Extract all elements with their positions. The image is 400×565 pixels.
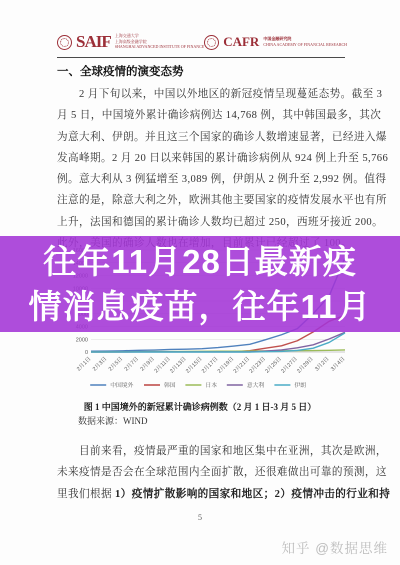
paragraph-outlook: 目前来看，疫情最严重的国家和地区集中在亚洲，其次是欧洲， 未来疫情是否会在全球范… bbox=[57, 441, 349, 505]
svg-text:2月25日: 2月25日 bbox=[263, 355, 283, 375]
saif-sub-text: 上海交通大学 上海高级金融学院 SHANGHAI ADVANCED INSTIT… bbox=[115, 34, 204, 50]
svg-text:日本: 日本 bbox=[205, 381, 217, 389]
section-heading: 一、全球疫情的演变态势 bbox=[57, 63, 184, 79]
svg-text:2000: 2000 bbox=[76, 337, 88, 343]
svg-text:2月15日: 2月15日 bbox=[184, 355, 204, 375]
figure-data-source: 数据来源：WIND bbox=[78, 414, 148, 427]
svg-text:3月4日: 3月4日 bbox=[329, 355, 347, 373]
paragraph-segment: 里我们根据 bbox=[57, 489, 115, 500]
cafr-seal-icon bbox=[204, 35, 219, 50]
paragraph-global-trend: 2 月下旬以来，中国以外地区的新冠疫情呈现蔓延态势。截至 3 月 5 日，中国境… bbox=[57, 84, 349, 254]
title-overlay-banner: 往年11月28日最新疫 情消息疫苗，往年11月 bbox=[0, 236, 400, 332]
overlay-title-line2: 情消息疫苗，往年11月 bbox=[29, 284, 372, 329]
svg-text:韩国: 韩国 bbox=[164, 381, 176, 389]
saif-seal-icon bbox=[57, 35, 72, 50]
document-page: SAIF 上海交通大学 上海高级金融学院 SHANGHAI ADVANCED I… bbox=[0, 0, 400, 565]
paragraph-line: 为意大利、伊朗。并且这三个国家的确诊人数增速显著，已经进入爆 bbox=[57, 127, 349, 148]
svg-text:2月21日: 2月21日 bbox=[231, 355, 251, 375]
svg-text:2月19日: 2月19日 bbox=[215, 355, 235, 375]
svg-text:2月7日: 2月7日 bbox=[122, 355, 140, 373]
page-number: 5 bbox=[0, 513, 400, 522]
cafr-sub-en: CHINA ACADEMY OF FINANCIAL RESEARCH bbox=[263, 43, 347, 48]
zhihu-watermark: 知乎 @数据思维 bbox=[282, 537, 388, 557]
paragraph-line: 里我们根据 1）疫情扩散影响的国家和地区；2）疫情冲击的行业和持 bbox=[57, 484, 349, 505]
svg-text:2月17日: 2月17日 bbox=[199, 355, 219, 375]
paragraph-line: 目前来看，疫情最严重的国家和地区集中在亚洲，其次是欧洲， bbox=[57, 441, 349, 462]
svg-text:2月27日: 2月27日 bbox=[279, 355, 299, 375]
paragraph-line: 例。意大利从 3 例猛增至 3,089 例，伊朗从 2 例升至 2,992 例。… bbox=[57, 169, 349, 190]
paragraph-segment-bold: 1）疫情扩散影响的国家和地区；2）疫情冲击的行业和持 bbox=[115, 489, 390, 500]
paragraph-line: 发高峰期。2 月 20 日以来韩国的累计确诊病例从 924 例上升至 5,766 bbox=[57, 148, 349, 169]
paragraph-line: 月 5 日，中国境外累计确诊病例达 14,768 例，其中韩国最多，其次 bbox=[57, 105, 349, 126]
saif-logo: SAIF 上海交通大学 上海高级金融学院 SHANGHAI ADVANCED I… bbox=[57, 32, 204, 52]
cafr-wordmark: CAFR bbox=[223, 34, 259, 50]
svg-text:2月3日: 2月3日 bbox=[91, 355, 109, 373]
overlay-title-line1: 往年11月28日最新疫 bbox=[43, 239, 357, 284]
paragraph-line: 注意的是，除意大利之外，欧洲其他主要国家的疫情发展水平也有所 bbox=[57, 190, 349, 211]
cafr-logo: CAFR 中国金融研究院 CHINA ACADEMY OF FINANCIAL … bbox=[204, 34, 347, 50]
header-divider bbox=[57, 57, 345, 58]
cafr-sub-text: 中国金融研究院 CHINA ACADEMY OF FINANCIAL RESEA… bbox=[263, 37, 347, 47]
svg-text:伊朗: 伊朗 bbox=[294, 381, 306, 389]
header-logos: SAIF 上海交通大学 上海高级金融学院 SHANGHAI ADVANCED I… bbox=[57, 29, 345, 55]
paragraph-line: 2 月下旬以来，中国以外地区的新冠疫情呈现蔓延态势。截至 3 bbox=[57, 84, 349, 105]
saif-wordmark: SAIF bbox=[76, 32, 111, 52]
saif-sub-line: SHANGHAI ADVANCED INSTITUTE OF FINANCE bbox=[115, 45, 204, 50]
paragraph-line: 未来疫情是否会在全球范围内全面扩散，还很难做出可靠的预测，这 bbox=[57, 462, 349, 483]
figure-caption: 图 1 中国境外的新冠累计确诊病例数（2 月 1 日-3 月 5 日） bbox=[0, 400, 400, 413]
svg-text:2月1日: 2月1日 bbox=[75, 355, 93, 373]
svg-text:中国境外: 中国境外 bbox=[110, 381, 133, 389]
svg-text:0: 0 bbox=[85, 350, 88, 356]
svg-text:2月5日: 2月5日 bbox=[106, 355, 124, 373]
svg-text:2月23日: 2月23日 bbox=[247, 355, 267, 375]
svg-text:2月29日: 2月29日 bbox=[295, 355, 315, 375]
paragraph-line: 上升，法国和德国的累计确诊人数均已超过 250，西班牙接近 200。 bbox=[57, 212, 349, 233]
svg-text:2月13日: 2月13日 bbox=[168, 355, 188, 375]
svg-text:意大利: 意大利 bbox=[247, 381, 265, 389]
cafr-sub-cn: 中国金融研究院 bbox=[263, 37, 347, 42]
svg-text:3月2日: 3月2日 bbox=[313, 355, 331, 373]
